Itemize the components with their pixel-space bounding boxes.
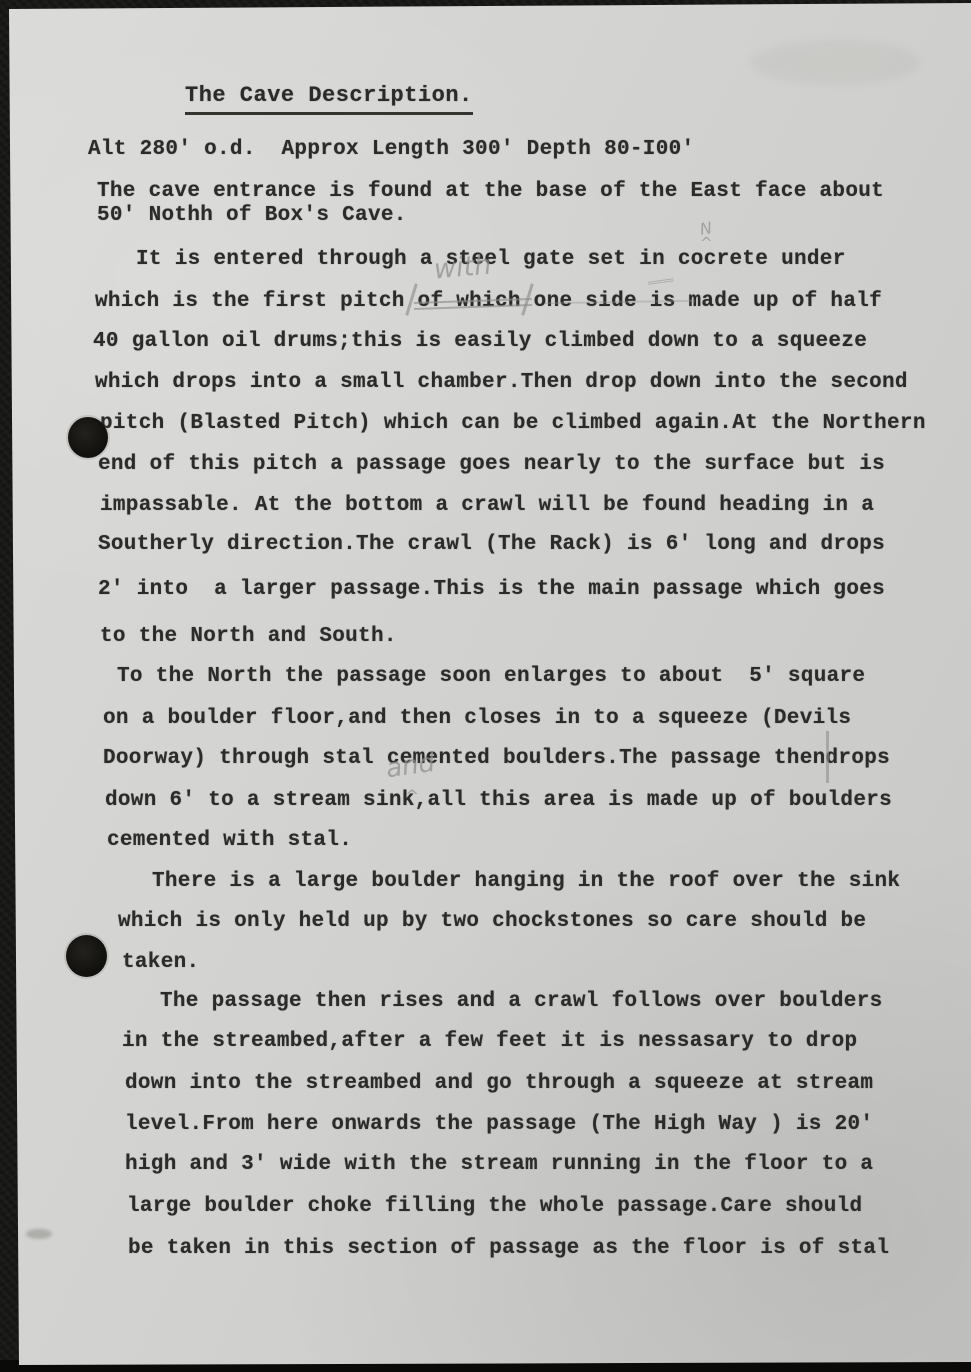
typed-line: cemented with stal. bbox=[107, 830, 352, 852]
typed-line: taken. bbox=[122, 952, 199, 974]
scan-background: { "colors":{ "paper":"#d3d3d1", "backgro… bbox=[0, 0, 971, 1372]
typed-line: impassable. At the bottom a crawl will b… bbox=[100, 495, 874, 517]
typed-line: level.From here onwards the passage (The… bbox=[125, 1114, 873, 1136]
typed-line: Doorway) through stal cemented boulders.… bbox=[103, 748, 890, 770]
pencil-caret-concrete: ^ bbox=[700, 234, 713, 252]
hole-punch-bottom bbox=[66, 935, 107, 977]
pencil-caret-sink: ^ bbox=[405, 788, 419, 806]
faint-traces-top-right bbox=[750, 40, 920, 85]
pencil-word-and: and bbox=[384, 750, 436, 783]
page-title: The Cave Description. bbox=[185, 84, 473, 115]
typed-line: 40 gallon oil drums;this is easily climb… bbox=[93, 331, 867, 353]
typed-line: The passage then rises and a crawl follo… bbox=[160, 991, 883, 1013]
typed-line: large boulder choke filling the whole pa… bbox=[127, 1196, 862, 1218]
pencil-word-with: with bbox=[433, 253, 492, 284]
typed-line: pitch (Blasted Pitch) which can be climb… bbox=[100, 413, 926, 435]
hole-punch-top bbox=[68, 417, 108, 458]
typed-line: There is a large boulder hanging in the … bbox=[152, 871, 900, 893]
typed-line: which is only held up by two chockstones… bbox=[118, 911, 866, 933]
typed-line: in the streambed,after a few feet it is … bbox=[122, 1031, 857, 1053]
typed-line: 2' into a larger passage.This is the mai… bbox=[98, 579, 885, 601]
typed-line: down into the streambed and go through a… bbox=[125, 1073, 873, 1095]
typed-line: to the North and South. bbox=[100, 626, 397, 648]
typed-line: which drops into a small chamber.Then dr… bbox=[95, 372, 908, 394]
typed-line: on a boulder floor,and then closes in to… bbox=[103, 708, 851, 730]
typed-line: be taken in this section of passage as t… bbox=[128, 1238, 889, 1260]
typed-line: Alt 280' o.d. Approx Length 300' Depth 8… bbox=[88, 139, 694, 161]
typed-line: Southerly direction.The crawl (The Rack)… bbox=[98, 534, 885, 556]
typed-line: The cave entrance is found at the base o… bbox=[97, 181, 884, 203]
pencil-smudge-bottom-left bbox=[26, 1229, 52, 1239]
typed-line: 50' Nothh of Box's Cave. bbox=[97, 205, 407, 227]
typed-line: end of this pitch a passage goes nearly … bbox=[98, 454, 885, 476]
typed-line: To the North the passage soon enlarges t… bbox=[117, 666, 865, 688]
pencil-insert-line-then-drops bbox=[826, 731, 829, 783]
pencil-mark-over-is bbox=[648, 278, 675, 288]
paper-sheet: The Cave Description. Alt 280' o.d. Appr… bbox=[0, 0, 971, 1372]
typed-line: down 6' to a stream sink,all this area i… bbox=[105, 790, 892, 812]
typed-line: high and 3' wide with the stream running… bbox=[125, 1154, 873, 1176]
